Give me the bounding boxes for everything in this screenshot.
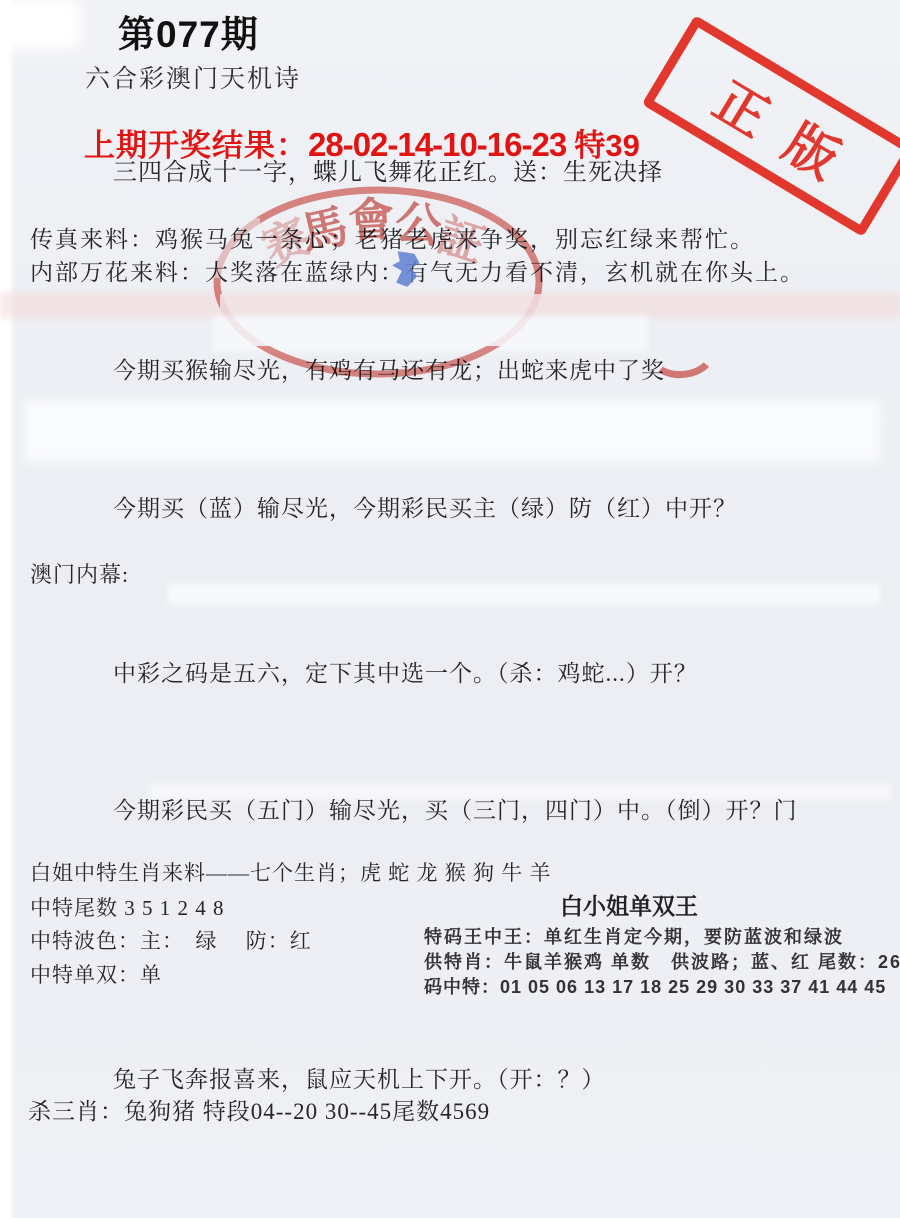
- white-smear-band: [212, 316, 648, 352]
- right-panel-line-2: 供特肖：牛鼠羊猴鸡 单数 供波路；蓝、红 尾数：2631: [424, 951, 900, 974]
- pink-smear-band: [0, 292, 900, 318]
- scan-edge-left: [0, 0, 16, 1218]
- kill-three-zodiac-line: 杀三肖：兔狗猪 特段04--20 30--45尾数4569: [28, 1098, 490, 1127]
- white-smear-band: [25, 400, 880, 462]
- tip-line-5: 兔子飞奔报喜来，鼠应天机上下开。（开：？）: [113, 1066, 606, 1095]
- page: 赛 馬 會 公 証 正版 第077期 六合彩澳门天机诗 上期开奖结果：28-02…: [0, 0, 900, 1218]
- tip-line-4: 今期彩民买（五门）输尽光，买（三门，四门）中。（倒）开？门: [113, 797, 798, 826]
- subtitle: 六合彩澳门天机诗: [85, 64, 301, 95]
- white-smear-band: [168, 584, 880, 604]
- tip-line-1: 今期买猴输尽光，有鸡有马还有龙；出蛇来虎中了奖: [113, 357, 665, 386]
- scan-edge-topleft: [0, 0, 80, 48]
- right-panel-line-3: 码中特：01 05 06 13 17 18 25 29 30 33 37 41 …: [424, 976, 886, 999]
- fax-material-line: 传真来料：鸡猴马兔一条心；老猪老虎来争奖，别忘红绿来帮忙。: [30, 226, 755, 255]
- special-tail-numbers-line: 中特尾数 3 5 1 2 4 8: [30, 895, 225, 921]
- right-panel-title: 白小姐单双王: [560, 892, 698, 921]
- zhengban-stamp: 正版: [642, 15, 900, 237]
- special-wave-color-line: 中特波色：主： 绿 防：红: [30, 928, 312, 954]
- baijie-zodiac-line: 白姐中特生肖来料——七个生肖；虎 蛇 龙 猴 狗 牛 羊: [30, 860, 552, 886]
- right-panel-line-1: 特码王中王：单红生肖定今期，要防蓝波和绿波: [424, 926, 844, 949]
- issue-title: 第077期: [118, 12, 259, 58]
- special-odd-even-line: 中特单双：单: [30, 962, 162, 988]
- poem-line-1: 三四合成十一字，蝶儿飞舞花正红。送：生死决择: [113, 158, 663, 188]
- tip-line-2: 今期买（蓝）输尽光，今期彩民买主（绿）防（红）中开？: [113, 495, 737, 524]
- tip-line-3: 中彩之码是五六，定下其中选一个。（杀：鸡蛇...）开？: [113, 660, 698, 689]
- macau-insider-label: 澳门内幕:: [30, 561, 129, 589]
- zhengban-stamp-label: 正版: [677, 44, 882, 208]
